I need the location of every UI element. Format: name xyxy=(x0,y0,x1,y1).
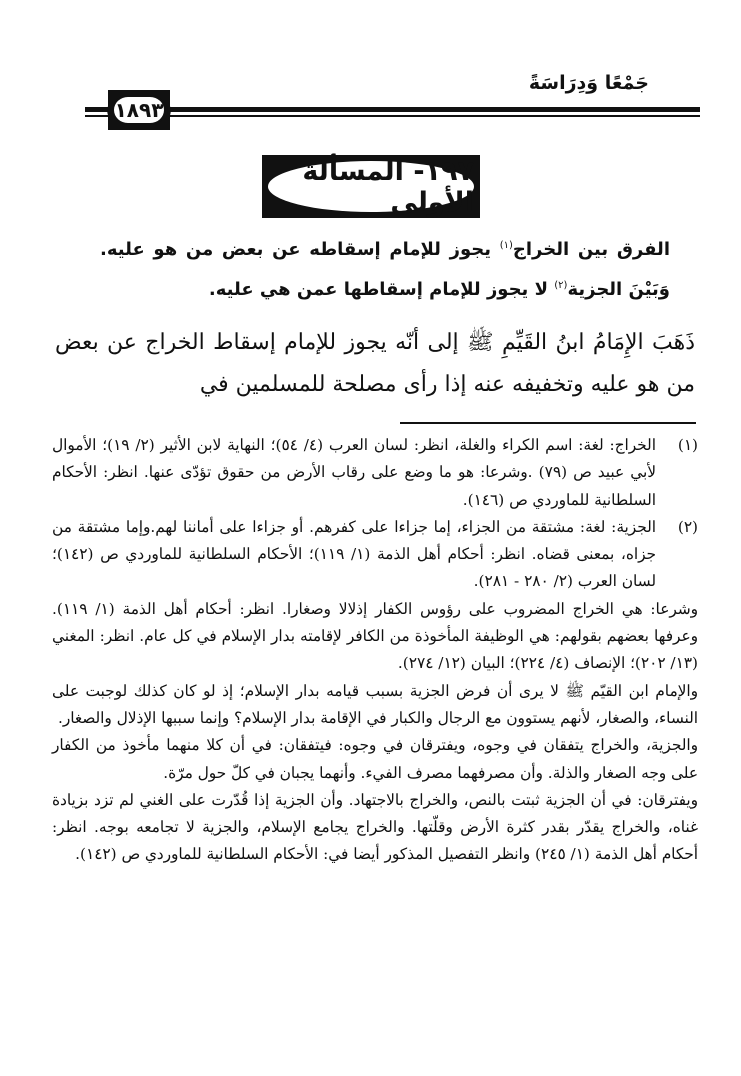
running-header-title: جَمْعًا وَدِرَاسَةً xyxy=(529,72,649,94)
footnote-paragraph: والإمام ابن القيّم ﷺ لا يرى أن فرض الجزي… xyxy=(52,678,698,733)
footnote-paragraph: ويفترقان: في أن الجزية ثبتت بالنص، والخر… xyxy=(52,787,698,869)
page-number: (١٨٩٣) xyxy=(112,95,166,125)
issue-title: ١٩٧- المسألة الأولى xyxy=(268,161,474,212)
statement-part-1: الفرق بين الخراج xyxy=(513,239,670,260)
header-rule-thin xyxy=(85,115,700,117)
page-number-box: (١٨٩٣) xyxy=(108,90,170,130)
footnote-ref-2[interactable]: (٢) xyxy=(554,280,567,291)
footnote-number: (٢) xyxy=(678,514,698,541)
statement-part-3: لا يجوز للإمام إسقاطها عمن هي عليه. xyxy=(209,279,554,300)
footnote-number: (١) xyxy=(678,432,698,459)
footnote-paragraph: الجزية: لغة: مشتقة من الجزاء، إما جزاءا … xyxy=(52,514,656,596)
header-rule-thick xyxy=(85,107,700,112)
issue-title-box: ١٩٧- المسألة الأولى xyxy=(262,155,480,218)
issue-statement: الفرق بين الخراج(١) يجوز للإمام إسقاطه ع… xyxy=(100,228,670,308)
footnote-ref-1[interactable]: (١) xyxy=(500,240,513,251)
footnote-1: (١) الخراج: لغة: اسم الكراء والغلة، انظر… xyxy=(52,432,698,514)
footnotes: (١) الخراج: لغة: اسم الكراء والغلة، انظر… xyxy=(52,432,698,869)
footnote-paragraph: والجزية، والخراج يتفقان في وجوه، ويفترقا… xyxy=(52,732,698,787)
main-paragraph: ذَهَبَ الإِمَامُ ابنُ القَيِّمِ ﷺ إلى أن… xyxy=(55,322,695,406)
footnote-paragraph: الخراج: لغة: اسم الكراء والغلة، انظر: لس… xyxy=(52,432,656,514)
footnote-paragraph: وشرعا: هي الخراج المضروب على رؤوس الكفار… xyxy=(52,596,698,678)
footnote-separator xyxy=(400,422,696,424)
footnote-2: (٢) الجزية: لغة: مشتقة من الجزاء، إما جز… xyxy=(52,514,698,596)
